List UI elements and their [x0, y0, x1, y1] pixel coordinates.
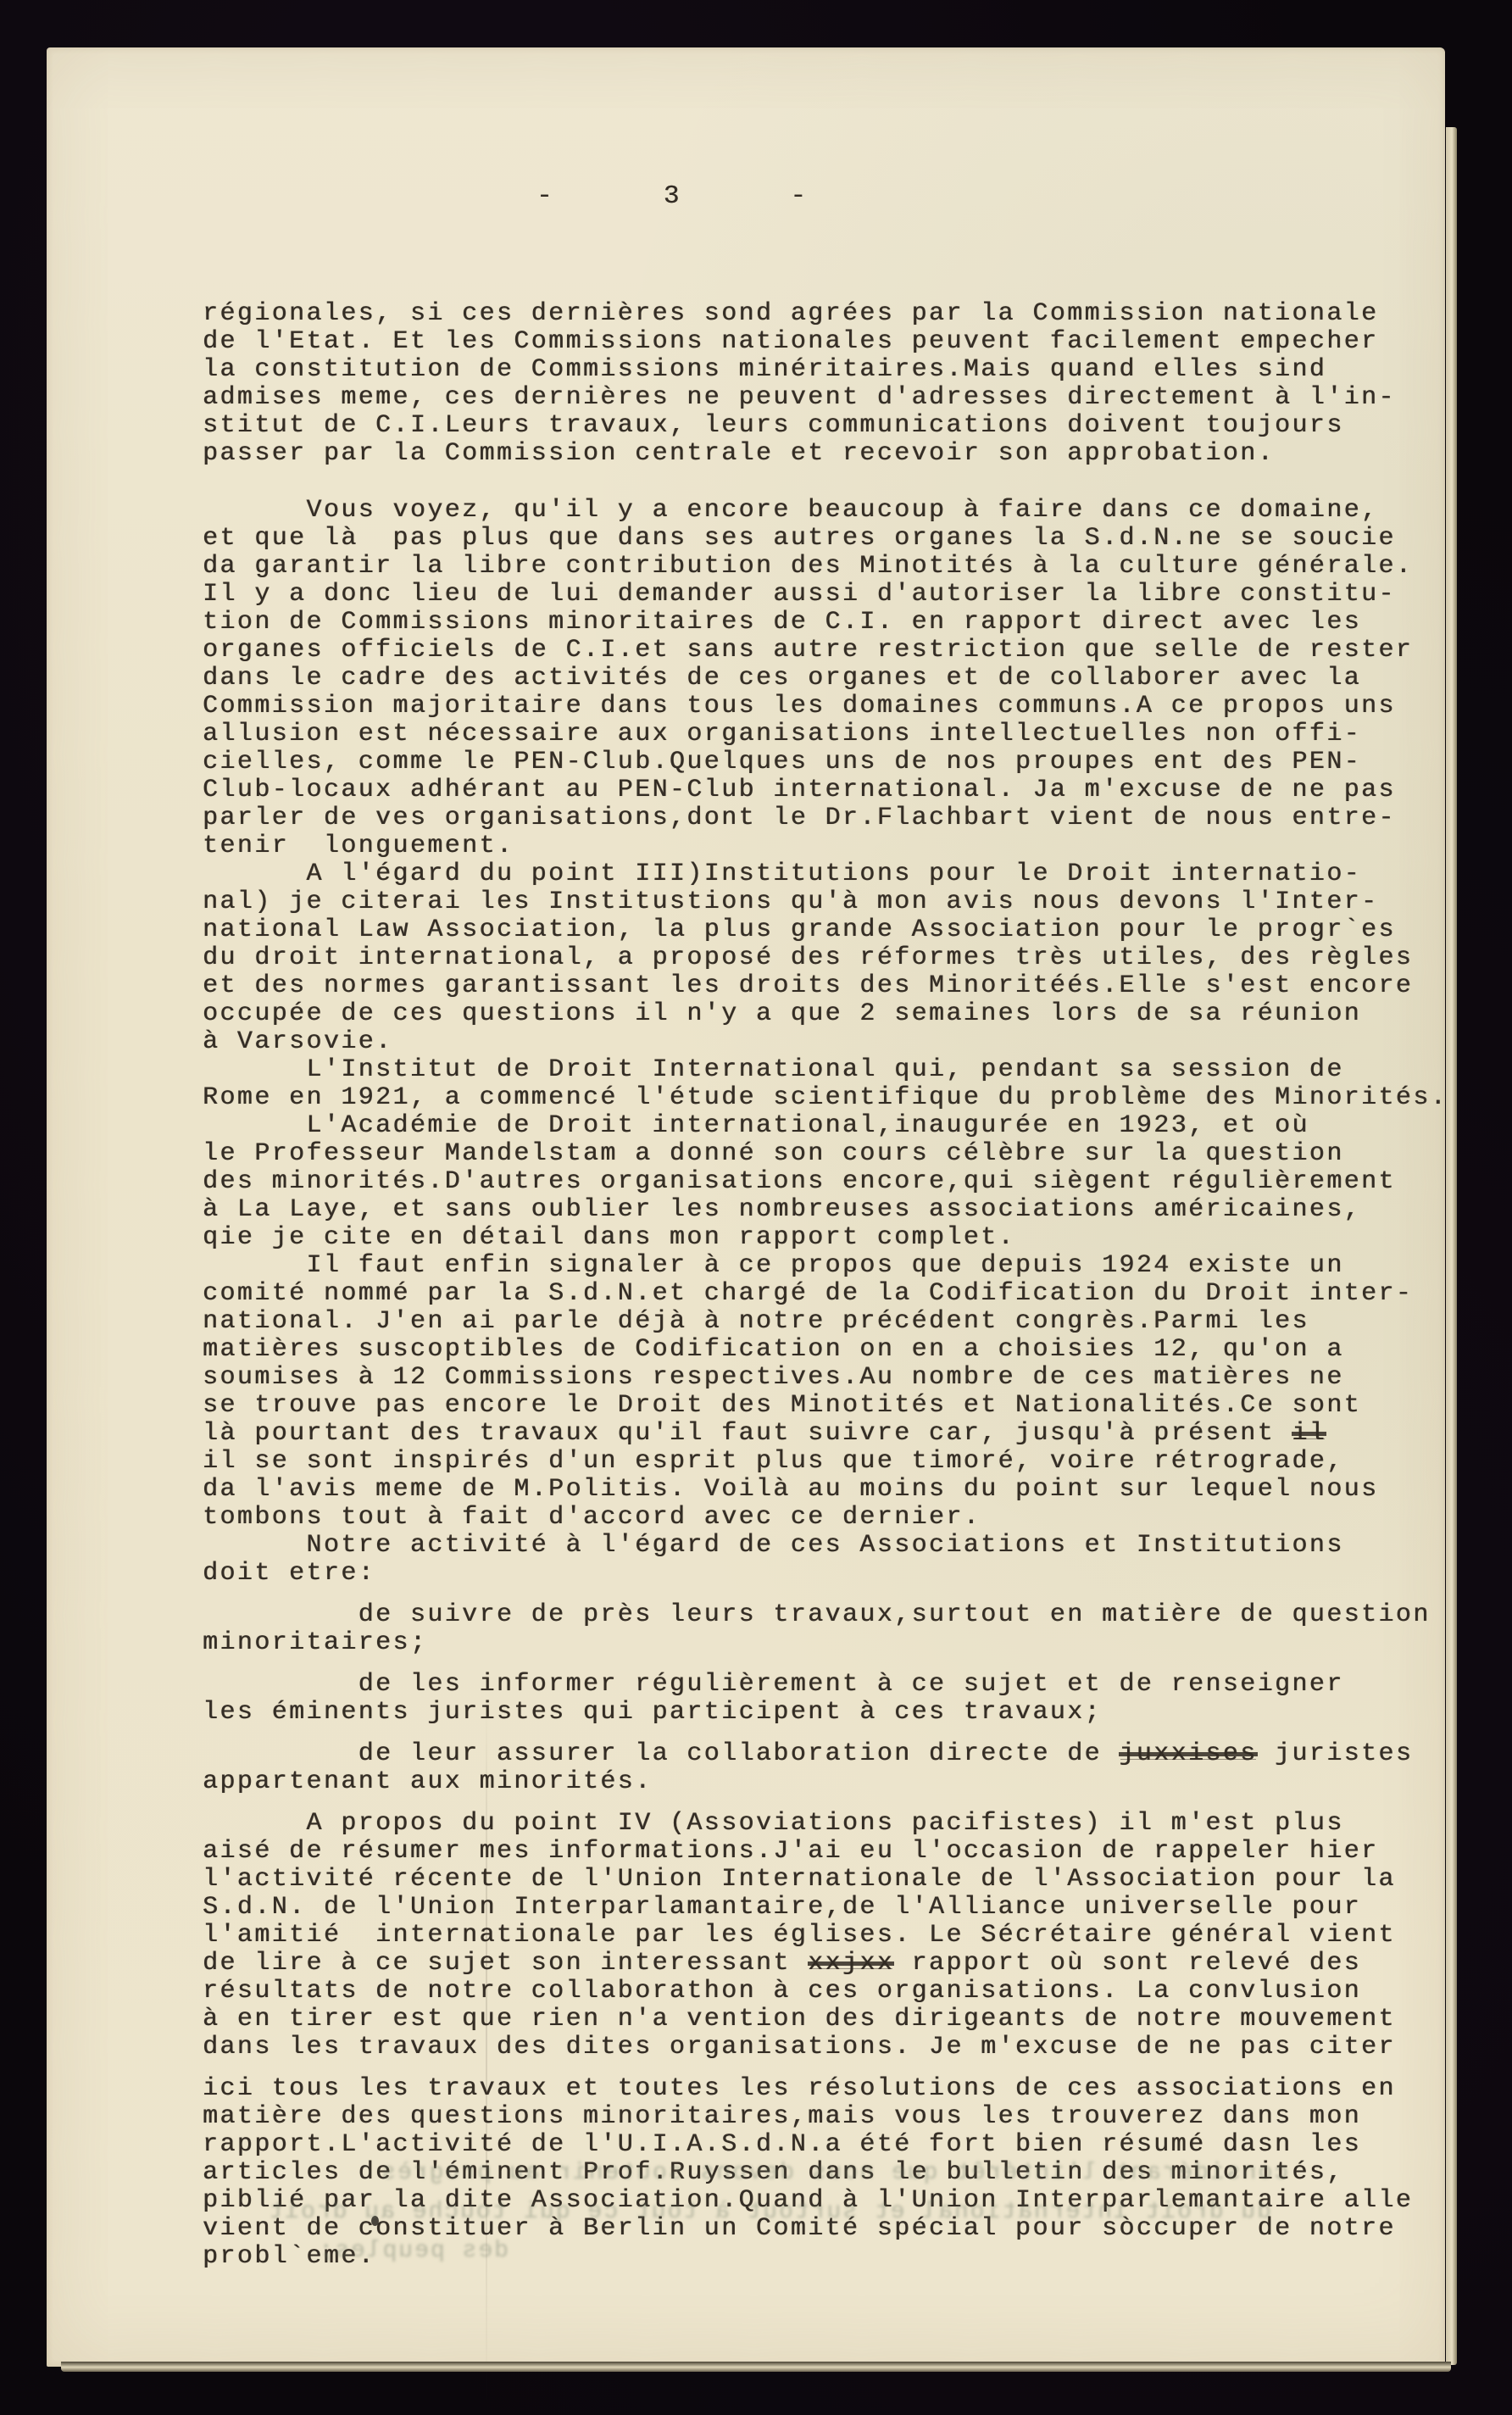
text-line: probl`eme. [203, 2243, 1465, 2271]
text-line: da garantir la libre contribution des Mi… [203, 553, 1465, 581]
text-line: de l'Etat. Et les Commissions nationales… [203, 328, 1465, 356]
text-line: A l'égard du point III)Institutions pour… [203, 860, 1465, 888]
struck-out-word: xxjxx [808, 1949, 894, 1978]
text-line: Notre activité à l'égard de ces Associat… [203, 1532, 1465, 1560]
text-line: allusion est nécessaire aux organisation… [203, 721, 1465, 748]
text-line: nal) je citerai les Institustions qu'à m… [203, 888, 1465, 916]
text-line: tenir longuement. [203, 832, 1465, 860]
text-line: minoritaires; [203, 1629, 1465, 1657]
text-line: la constitution de Commissions minéritai… [203, 356, 1465, 384]
text-line: à en tirer est que rien n'a vention des … [203, 2006, 1465, 2034]
text-line: vient de constituer à Berlin un Comité s… [203, 2215, 1465, 2243]
paragraph: A propos du point IV (Assoviations pacif… [203, 1810, 1465, 2062]
paragraph: de les informer régulièrement à ce sujet… [203, 1671, 1465, 1727]
text-line: L'Académie de Droit international,inaugu… [203, 1112, 1465, 1140]
paragraph: de leur assurer la collaboration directe… [203, 1740, 1465, 1796]
header-left-dash: - [536, 181, 554, 211]
text-line: dans le cadre des activités de ces organ… [203, 665, 1465, 693]
text-line: ici tous les travaux et toutes les résol… [203, 2075, 1465, 2103]
text-line: Rome en 1921, a commencé l'étude scienti… [203, 1084, 1465, 1112]
text-line: parler de ves organisations,dont le Dr.F… [203, 804, 1465, 832]
text-line: résultats de notre collaborathon à ces o… [203, 1978, 1465, 2006]
text-line: admises meme, ces dernières ne peuvent d… [203, 384, 1465, 412]
struck-out-word: il [1292, 1419, 1326, 1448]
paragraph: A l'égard du point III)Institutions pour… [203, 860, 1465, 1056]
text-line: occupée de ces questions il n'y a que 2 … [203, 1000, 1465, 1028]
text-line: tion de Commissions minoritaires de C.I.… [203, 609, 1465, 637]
paper-crease [486, 1700, 487, 2404]
text-line: aisé de résumer mes informations.J'ai eu… [203, 1838, 1465, 1866]
text-line: S.d.N. de l'Union Interparlamantaire,de … [203, 1894, 1465, 1922]
text-line: à La Laye, et sans oublier les nombreuse… [203, 1196, 1465, 1224]
paragraph: ici tous les travaux et toutes les résol… [203, 2075, 1465, 2271]
paragraph: Vous voyez, qu'il y a encore beaucoup à … [203, 497, 1465, 860]
text-line: et des normes garantissant les droits de… [203, 972, 1465, 1000]
scanned-document-page: - 3 - régionales, si ces dernières sond … [47, 47, 1445, 2367]
text-line: de les informer régulièrement à ce sujet… [203, 1671, 1465, 1699]
text-line: rapport.L'activité de l'U.I.A.S.d.N.a ét… [203, 2131, 1465, 2159]
paragraph: Notre activité à l'égard de ces Associat… [203, 1532, 1465, 1588]
paper-edge-bottom [61, 2362, 1451, 2372]
text-line: comité nommé par la S.d.N.et chargé de l… [203, 1280, 1465, 1308]
text-line: là pourtant des travaux qu'il faut suivr… [203, 1420, 1465, 1448]
text-line: matières suscoptibles de Codification on… [203, 1336, 1465, 1364]
text-line: qie je cite en détail dans mon rapport c… [203, 1224, 1465, 1252]
text-line: à Varsovie. [203, 1028, 1465, 1056]
text-line: de lire à ce sujet son interessant xxjxx… [203, 1950, 1465, 1978]
text-line: organes officiels de C.I.et sans autre r… [203, 637, 1465, 665]
paragraph: régionales, si ces dernières sond agrées… [203, 300, 1465, 468]
text-line: national Law Association, la plus grande… [203, 916, 1465, 944]
text-line: l'activité récente de l'Union Internatio… [203, 1866, 1465, 1894]
struck-out-word: juxxises [1119, 1739, 1257, 1768]
text-line: Commission majoritaire dans tous les dom… [203, 693, 1465, 721]
text-line: stitut de C.I.Leurs travaux, leurs commu… [203, 412, 1465, 440]
text-line: tombons tout à fait d'accord avec ce der… [203, 1504, 1465, 1532]
text-line: de suivre de près leurs travaux,surtout … [203, 1601, 1465, 1629]
text-line: piblié par la dite Association.Quand à l… [203, 2187, 1465, 2215]
text-line: se trouve pas encore le Droit des Minoti… [203, 1392, 1465, 1420]
ink-spot [371, 2216, 379, 2226]
typewritten-body-text: régionales, si ces dernières sond agrées… [203, 300, 1465, 2271]
text-line: le Professeur Mandelstam a donné son cou… [203, 1140, 1465, 1168]
text-line: les éminents juristes qui participent à … [203, 1699, 1465, 1727]
paper-edge-right [1446, 127, 1457, 2365]
page-number: 3 [664, 181, 681, 211]
text-line: A propos du point IV (Assoviations pacif… [203, 1810, 1465, 1838]
page-number-header: - 3 - [536, 181, 808, 211]
text-line: dans les travaux des dites organisations… [203, 2034, 1465, 2062]
paragraph: L'Institut de Droit International qui, p… [203, 1056, 1465, 1112]
text-line: de leur assurer la collaboration directe… [203, 1740, 1465, 1768]
text-line: régionales, si ces dernières sond agrées… [203, 300, 1465, 328]
text-line: articles de l'éminent Prof.Ruyssen dans … [203, 2159, 1465, 2187]
text-line: Club-locaux adhérant au PEN-Club interna… [203, 776, 1465, 804]
text-line: national. J'en ai parle déjà à notre pré… [203, 1308, 1465, 1336]
text-line: passer par la Commission centrale et rec… [203, 440, 1465, 468]
text-line: doit etre: [203, 1560, 1465, 1588]
text-line: soumises à 12 Commissions respectives.Au… [203, 1364, 1465, 1392]
header-right-dash: - [790, 181, 808, 211]
text-line: des minorités.D'autres organisations enc… [203, 1168, 1465, 1196]
text-line: matière des questions minoritaires,mais … [203, 2103, 1465, 2131]
text-line: l'amitié internationale par les églises.… [203, 1922, 1465, 1950]
paragraph: L'Académie de Droit international,inaugu… [203, 1112, 1465, 1252]
text-line: appartenant aux minorités. [203, 1768, 1465, 1796]
text-line: da l'avis meme de M.Politis. Voilà au mo… [203, 1476, 1465, 1504]
text-line: cielles, comme le PEN-Club.Quelques uns … [203, 748, 1465, 776]
text-line: L'Institut de Droit International qui, p… [203, 1056, 1465, 1084]
text-line: Il y a donc lieu de lui demander aussi d… [203, 581, 1465, 609]
text-line: il se sont inspirés d'un esprit plus que… [203, 1448, 1465, 1476]
text-line: et que là pas plus que dans ses autres o… [203, 525, 1465, 553]
text-line: du droit international, a proposé des ré… [203, 944, 1465, 972]
paragraph: de suivre de près leurs travaux,surtout … [203, 1601, 1465, 1657]
paragraph: Il faut enfin signaler à ce propos que d… [203, 1252, 1465, 1532]
text-line: Vous voyez, qu'il y a encore beaucoup à … [203, 497, 1465, 525]
text-line: Il faut enfin signaler à ce propos que d… [203, 1252, 1465, 1280]
